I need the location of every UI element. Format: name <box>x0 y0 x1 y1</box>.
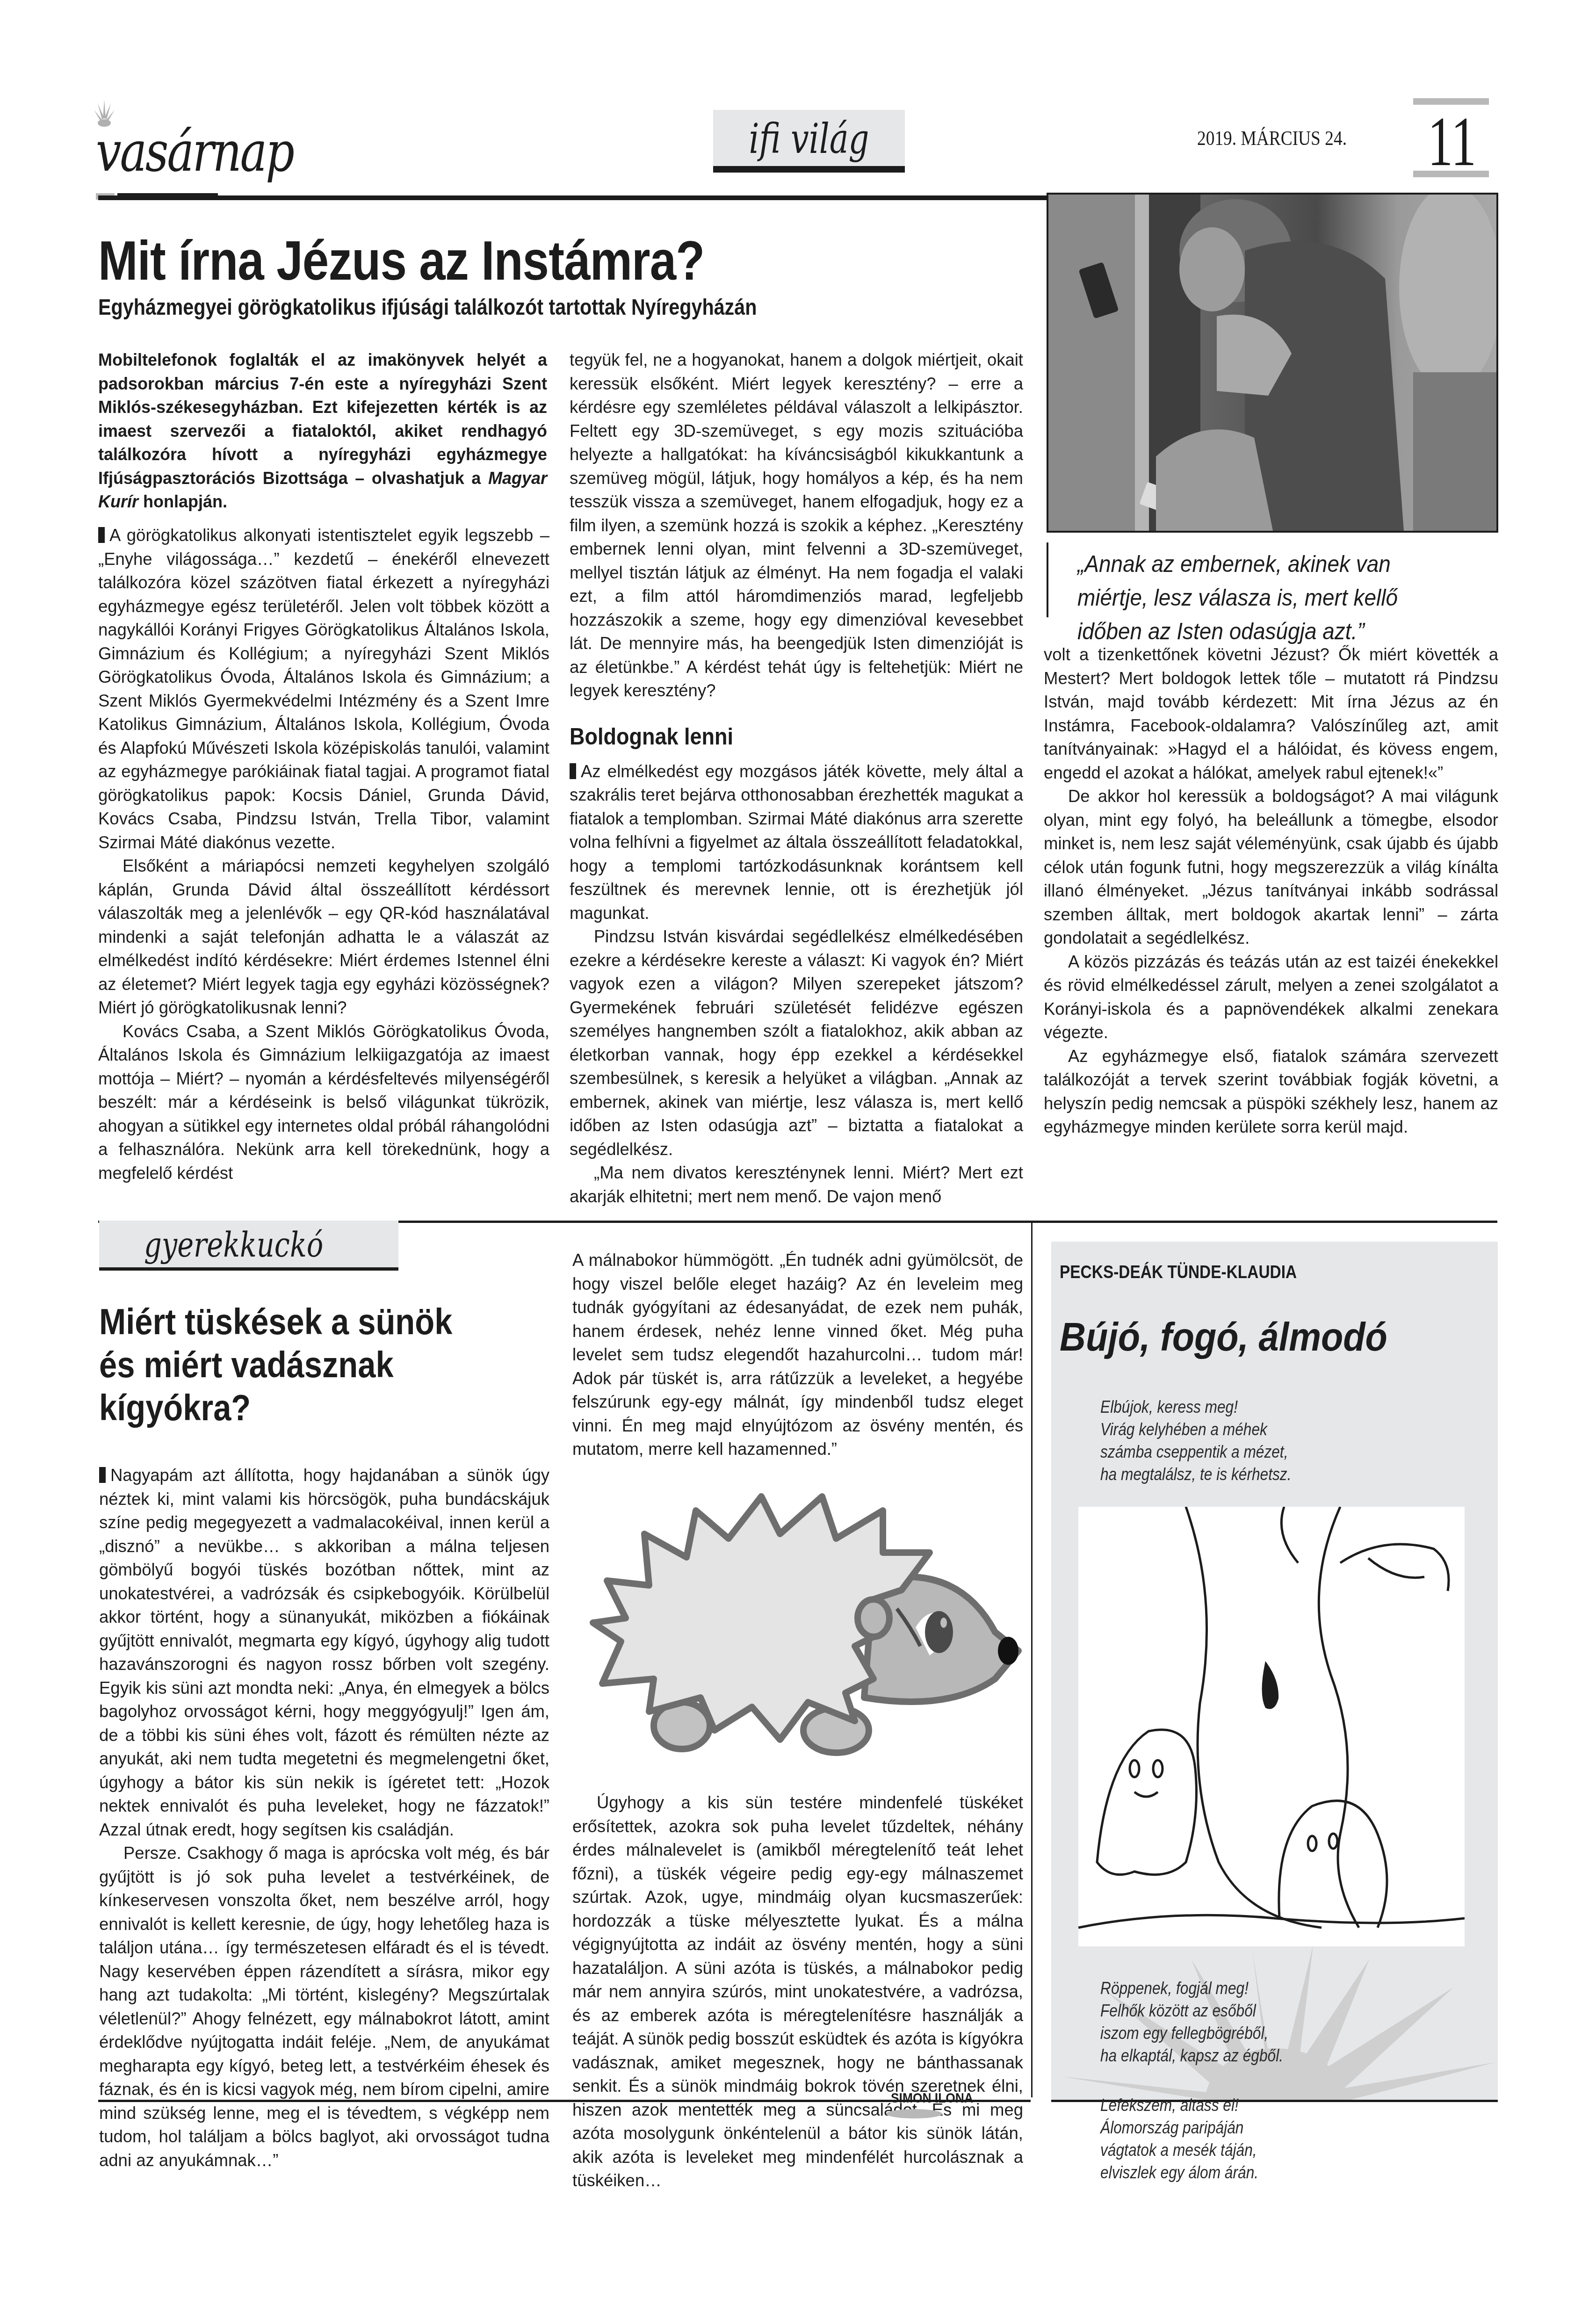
poem-line: vágtatok a mesék táján, <box>1100 2139 1258 2161</box>
paragraph: A közös pizzázás és teázás után az est t… <box>1044 950 1498 1045</box>
article-headline: Mit írna Jézus az Instámra? <box>98 229 704 293</box>
paragraph: tegyük fel, ne a hogyanokat, hanem a dol… <box>570 348 1023 703</box>
masthead-logo[interactable]: vasárnap <box>96 101 227 175</box>
paragraph: A málnabokor hümmögött. „Én tudnék adni … <box>572 1249 1023 1461</box>
poem-line: iszom egy fellegbögréből, <box>1100 2022 1283 2045</box>
poem-title: Bújó, fogó, álmodó <box>1060 1314 1387 1360</box>
poem-line: Lefekszem, altass el! <box>1100 2094 1258 2117</box>
article-subheading: Boldognak lenni <box>570 723 978 751</box>
lead-text-end: honlapján. <box>138 492 227 511</box>
article-column-3: volt a tizenkettőnek követni Jézust? Ők … <box>1044 643 1498 1139</box>
kids-section-label: gyerekkuckó <box>99 1221 398 1271</box>
poem-line: Röppenek, fogjál meg! <box>1100 1977 1283 2000</box>
kids-story-column-1: Nagyapám azt állította, hogy hajdanában … <box>99 1464 549 2172</box>
paragraph: Az elmélkedést egy mozgásos játék követt… <box>570 760 1023 925</box>
kids-story-headline: Miért tüskések a sünök és miért vadászna… <box>99 1300 494 1429</box>
poem-line: Felhők között az esőből <box>1100 2000 1283 2022</box>
paragraph: volt a tizenkettőnek követni Jézust? Ők … <box>1044 643 1498 785</box>
paragraph: Persze. Csakhogy ő maga is aprócska volt… <box>99 1842 549 2172</box>
poem-line: Virág kelyhében a méhek <box>1100 1418 1291 1441</box>
lead-text: Mobiltelefonok foglalták el az imakönyve… <box>98 350 547 488</box>
paragraph: Nagyapám azt állította, hogy hajdanában … <box>99 1464 549 1842</box>
byline-ornament <box>886 2109 942 2118</box>
kids-section-label-text: gyerekkuckó <box>144 1225 323 1265</box>
poem-line: Álomország paripáján <box>1100 2117 1258 2139</box>
paragraph: De akkor hol keressük a boldogságot? A m… <box>1044 785 1498 950</box>
section-label: ifi világ <box>713 110 905 173</box>
hedgehog-illustration[interactable] <box>574 1478 1042 1768</box>
issue-date: 2019. MÁRCIUS 24. <box>1197 126 1347 150</box>
kids-story-column-2-bottom: Úgyhogy a kis sün testére mindenfelé tüs… <box>572 1791 1023 2193</box>
article-subheadline: Egyházmegyei görögkatolikus ifjúsági tal… <box>98 295 757 320</box>
paragraph: „Ma nem divatos kereszténynek lenni. Mié… <box>570 1161 1023 1208</box>
paragraph: Kovács Csaba, a Szent Miklós Görögkatoli… <box>98 1020 549 1185</box>
kids-story-byline: SIMON ILONA <box>891 2090 973 2106</box>
paragraph: A görögkatolikus alkonyati istentisztele… <box>98 524 549 854</box>
paragraph: Pindzsu István kisvárdai segédlelkész el… <box>570 925 1023 1161</box>
section-label-text: ifi világ <box>734 115 884 163</box>
bottom-divider <box>98 2100 1031 2102</box>
ghosts-behind-tree-icon <box>1078 1507 1465 1946</box>
poem-line: Elbújok, keress meg! <box>1100 1396 1291 1418</box>
poem-line: elviszlek egy álom árán. <box>1100 2161 1258 2184</box>
pull-quote: „Annak az embernek, akinek van miértje, … <box>1047 542 1493 617</box>
paragraph: Elsőként a máriapócsi nemzeti kegyhelyen… <box>98 854 549 1020</box>
poem-line: ha elkaptál, kapsz az égből. <box>1100 2045 1283 2067</box>
photo-young-woman-with-phone <box>1048 195 1496 531</box>
page-number: 11 <box>1425 107 1479 177</box>
ghosts-illustration[interactable] <box>1078 1507 1465 1946</box>
kids-story-column-2-top: A málnabokor hümmögött. „Én tudnék adni … <box>572 1249 1023 1461</box>
paragraph: Úgyhogy a kis sün testére mindenfelé tüs… <box>572 1791 1023 2193</box>
poem-stanza-3: Lefekszem, altass el! Álomország paripáj… <box>1100 2094 1258 2184</box>
poem-stanza-1: Elbújok, keress meg! Virág kelyhében a m… <box>1100 1396 1291 1486</box>
logo-wordmark: vasárnap <box>96 119 293 184</box>
page-number-bar-bottom <box>1413 171 1489 177</box>
poem-author: PECKS-DEÁK TÜNDE-KLAUDIA <box>1060 1263 1297 1283</box>
poem-stanza-2: Röppenek, fogjál meg! Felhők között az e… <box>1100 1977 1283 2067</box>
pull-quote-text: „Annak az embernek, akinek van miértje, … <box>1077 547 1465 648</box>
paragraph: Az egyházmegye első, fiatalok számára sz… <box>1044 1045 1498 1139</box>
article-column-2: tegyük fel, ne a hogyanokat, hanem a dol… <box>570 348 1023 1208</box>
hedgehog-icon <box>574 1478 1042 1768</box>
poem-line: számba cseppentik a mézet, <box>1100 1441 1291 1463</box>
article-column-1: A görögkatolikus alkonyati istentisztele… <box>98 524 549 1185</box>
poem-line: ha megtalálsz, te is kérhetsz. <box>1100 1463 1291 1486</box>
article-photo[interactable] <box>1047 193 1498 533</box>
article-lead: Mobiltelefonok foglalták el az imakönyve… <box>98 348 547 514</box>
